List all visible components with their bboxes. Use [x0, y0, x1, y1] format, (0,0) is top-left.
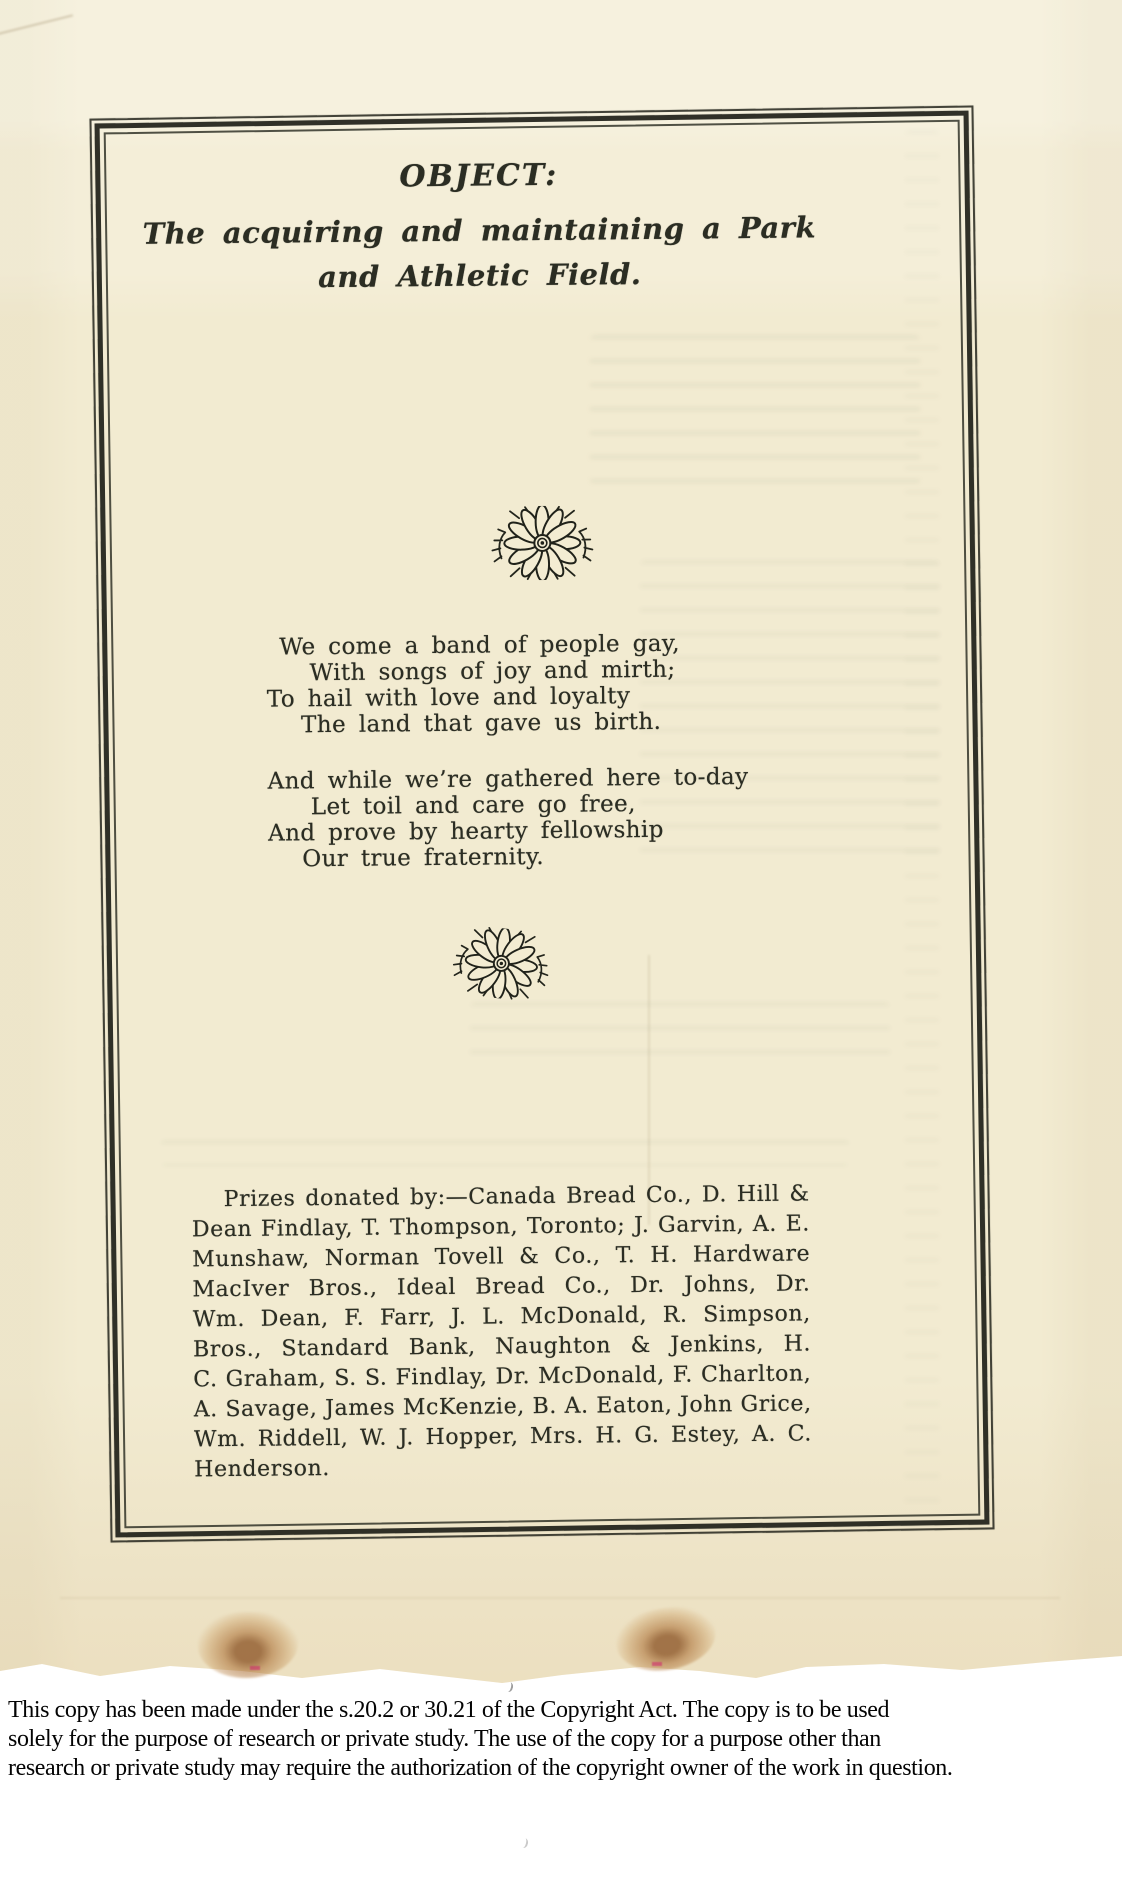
poem-stanza-1: We come a band of people gay, With songs… [266, 631, 681, 739]
object-heading: OBJECT: [124, 155, 834, 197]
poem-line: The land that gave us birth. [267, 709, 681, 739]
poem-stanza-2: And while we’re gathered here to-day Let… [267, 764, 749, 873]
object-section: OBJECT: The acquiring and maintaining a … [124, 155, 835, 301]
poem-line: Our true fraternity. [268, 842, 749, 873]
scanned-page: OBJECT: The acquiring and maintaining a … [0, 0, 1122, 1892]
printed-content: OBJECT: The acquiring and maintaining a … [0, 0, 1122, 1892]
flower-ornament-top [489, 505, 596, 580]
daisy-flower-icon [489, 505, 596, 580]
poem-line: With songs of joy and mirth; [266, 657, 680, 687]
object-statement-line: and Athletic Field. [125, 251, 835, 301]
copyright-line: solely for the purpose of research or pr… [8, 1725, 1118, 1754]
copyright-notice: This copy has been made under the s.20.2… [8, 1696, 1118, 1783]
poem-line: To hail with love and loyalty [267, 683, 681, 713]
copyright-line: This copy has been made under the s.20.2… [8, 1696, 1118, 1725]
object-statement-line: The acquiring and maintaining a Park [124, 206, 834, 256]
prizes-line: Henderson. [194, 1449, 812, 1485]
copyright-line: research or private study may require th… [8, 1754, 1118, 1783]
prizes-line: Wm. Riddell, W. J. Hopper, Mrs. H. G. Es… [194, 1419, 812, 1455]
flower-ornament-bottom [448, 923, 555, 1004]
poem-line: And while we’re gathered here to-day [267, 764, 748, 795]
scan-edge-artifact [250, 1666, 260, 1670]
prizes-paragraph: Prizes donated by:—Canada Bread Co., D. … [191, 1179, 812, 1485]
daisy-flower-icon [448, 923, 555, 1004]
poem-line: We come a band of people gay, [266, 631, 680, 661]
scan-edge-artifact [652, 1662, 662, 1666]
